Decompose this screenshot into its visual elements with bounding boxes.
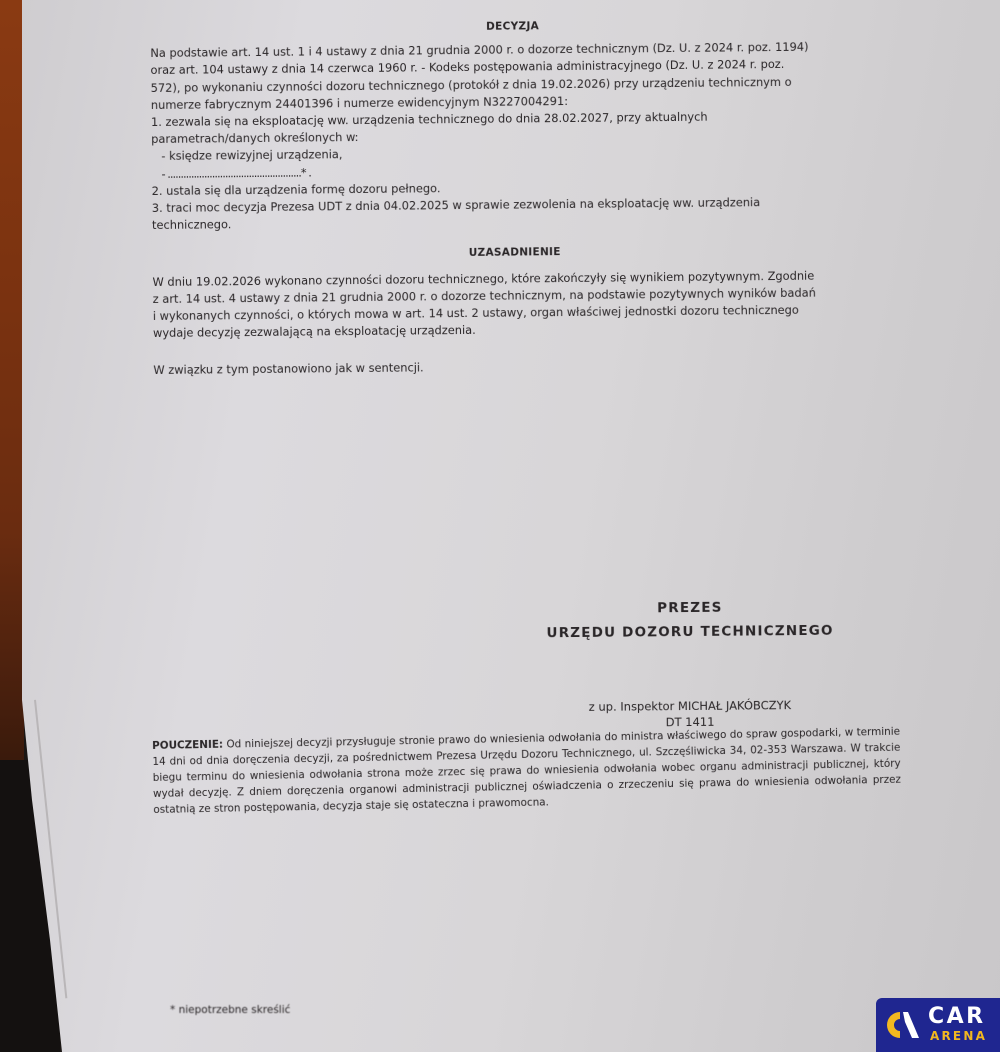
footnote: * niepotrzebne skreślić <box>170 1004 290 1016</box>
wooden-table-edge <box>0 0 24 760</box>
logo-word-car: CAR <box>928 1004 986 1029</box>
logo-word-arena: ARENA <box>930 1029 987 1043</box>
notice-text: Od niniejszej decyzji przysługuje stroni… <box>152 726 901 816</box>
appeal-notice: POUCZENIE: Od niniejszej decyzji przysłu… <box>152 724 901 818</box>
signer-name: z up. Inspektor MICHAŁ JAKÓBCZYK <box>560 697 820 715</box>
justification-title: UZASADNIENIE <box>152 241 877 265</box>
car-arena-logo-icon <box>886 1010 920 1040</box>
car-arena-watermark: CAR ARENA <box>876 998 1000 1052</box>
document-title: DECYZJA <box>150 15 875 39</box>
notice-label: POUCZENIE: <box>152 739 223 752</box>
signature-block: PREZES URZĘDU DOZORU TECHNICZNEGO <box>540 595 840 646</box>
signature-title-2: URZĘDU DOZORU TECHNICZNEGO <box>540 619 840 646</box>
decision-body: DECYZJA Na podstawie art. 14 ust. 1 i 4 … <box>150 11 878 380</box>
signature-title-1: PREZES <box>540 595 840 622</box>
